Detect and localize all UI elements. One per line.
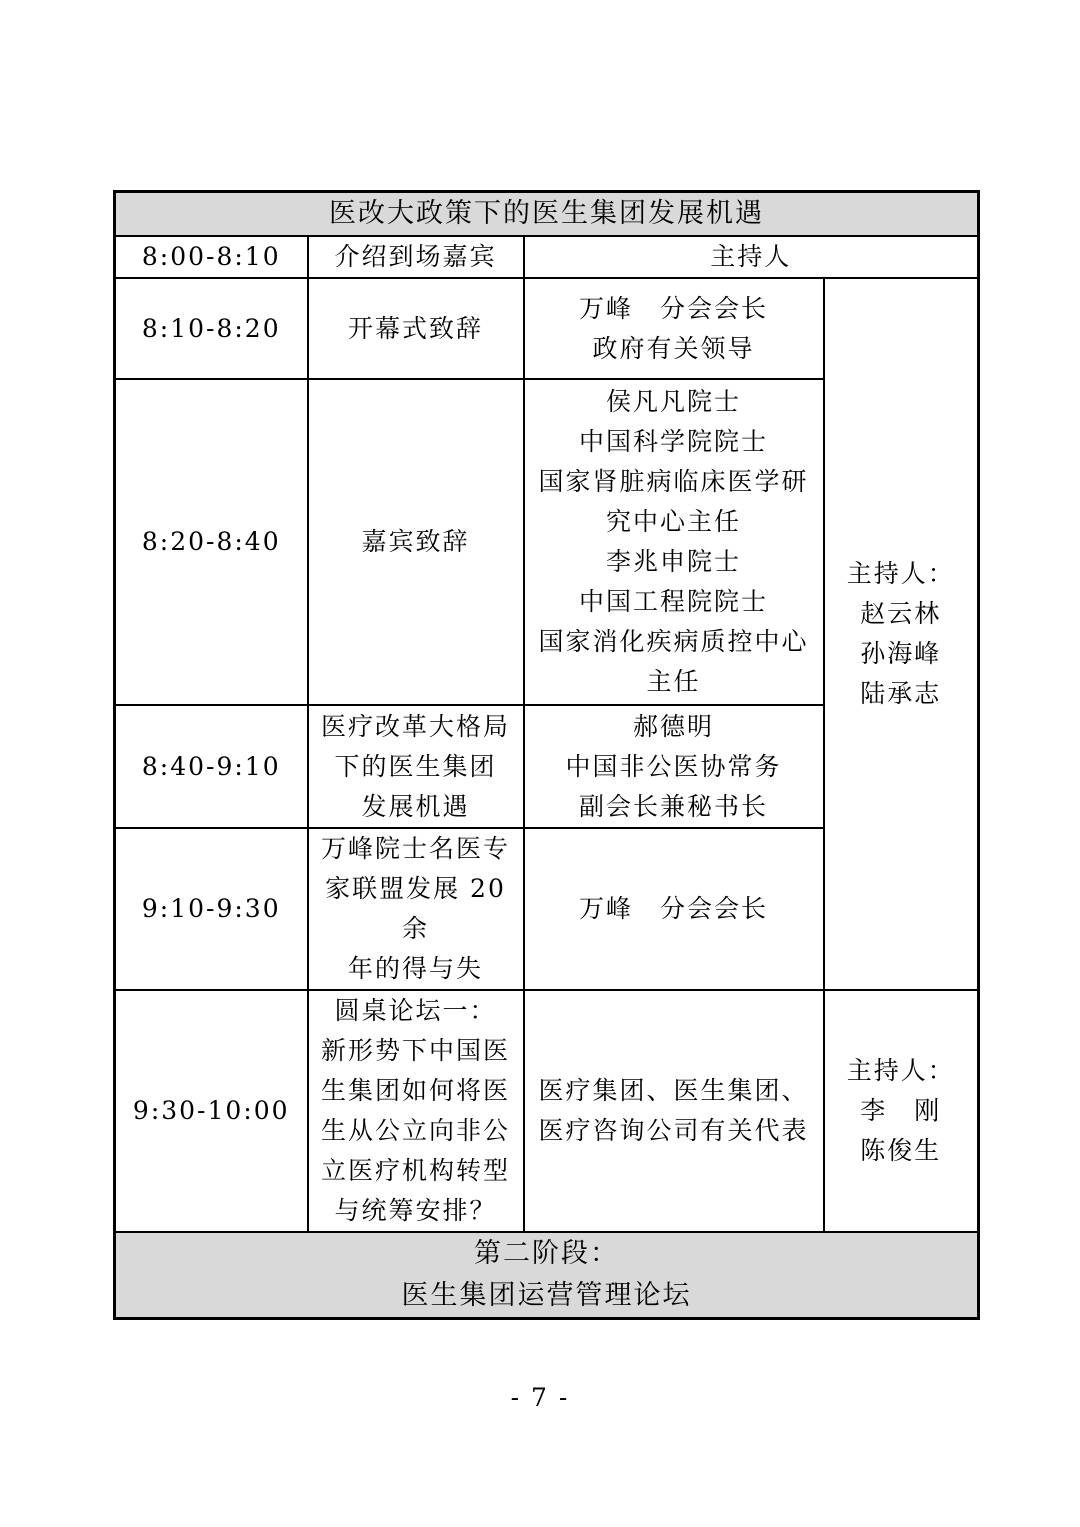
row-810-820: 8:10-8:20 开幕式致辞 万峰 分会会长 政府有关领导 主持人： 赵云林 … xyxy=(115,278,979,379)
schedule-table: 医改大政策下的医生集团发展机遇 8:00-8:10 介绍到场嘉宾 主持人 8:1… xyxy=(113,190,980,1320)
text-line: 陆承志 xyxy=(825,674,978,714)
speaker-cell: 万峰 分会会长 xyxy=(524,828,824,990)
speaker-cell: 侯凡凡院士 中国科学院院士 国家肾脏病临床医学研 究中心主任 李兆申院士 中国工… xyxy=(524,379,824,705)
text-line: 赵云林 xyxy=(825,594,978,634)
text-line: 副会长兼秘书长 xyxy=(525,787,823,827)
topic-cell: 介绍到场嘉宾 xyxy=(308,236,524,278)
text-line: 与统筹安排？ xyxy=(309,1191,523,1231)
text-line: 立医疗机构转型 xyxy=(309,1151,523,1191)
text-line: 新形势下中国医 xyxy=(309,1031,523,1071)
topic-cell: 嘉宾致辞 xyxy=(308,379,524,705)
topic-cell: 圆桌论坛一： 新形势下中国医 生集团如何将医 生从公立向非公 立医疗机构转型 与… xyxy=(308,990,524,1232)
text-line: 家联盟发展 20 余 xyxy=(309,869,523,949)
text-line: 李兆申院士 xyxy=(525,542,823,582)
speaker-cell: 主持人 xyxy=(524,236,979,278)
text-line: 医疗改革大格局 xyxy=(309,707,523,747)
host-cell-morning: 主持人： 赵云林 孙海峰 陆承志 xyxy=(824,278,979,990)
text-line: 主任 xyxy=(525,662,823,702)
text-line: 中国科学院院士 xyxy=(525,422,823,462)
text-line: 生从公立向非公 xyxy=(309,1111,523,1151)
text-line: 主持人： xyxy=(825,554,978,594)
text-line: 万峰院士名医专 xyxy=(309,829,523,869)
time-cell: 8:10-8:20 xyxy=(115,278,308,379)
text-line: 第二阶段： xyxy=(116,1233,977,1275)
text-line: 郝德明 xyxy=(525,707,823,747)
text-line: 国家消化疾病质控中心 xyxy=(525,622,823,662)
document-page: 医改大政策下的医生集团发展机遇 8:00-8:10 介绍到场嘉宾 主持人 8:1… xyxy=(0,0,1080,1527)
text-line: 发展机遇 xyxy=(309,787,523,827)
host-cell-roundtable: 主持人： 李 刚 陈俊生 xyxy=(824,990,979,1232)
text-line: 生集团如何将医 xyxy=(309,1071,523,1111)
time-cell: 9:30-10:00 xyxy=(115,990,308,1232)
text-line: 政府有关领导 xyxy=(525,329,823,369)
speaker-cell: 医疗集团、医生集团、 医疗咨询公司有关代表 xyxy=(524,990,824,1232)
text-line: 孙海峰 xyxy=(825,634,978,674)
stage-footer: 第二阶段： 医生集团运营管理论坛 xyxy=(115,1232,979,1319)
text-line: 万峰 分会会长 xyxy=(525,289,823,329)
row-800-810: 8:00-8:10 介绍到场嘉宾 主持人 xyxy=(115,236,979,278)
text-line: 陈俊生 xyxy=(825,1131,978,1171)
text-line: 医疗咨询公司有关代表 xyxy=(525,1111,823,1151)
text-line: 医疗集团、医生集团、 xyxy=(525,1071,823,1111)
topic-cell: 开幕式致辞 xyxy=(308,278,524,379)
topic-cell: 万峰院士名医专 家联盟发展 20 余 年的得与失 xyxy=(308,828,524,990)
text-line: 下的医生集团 xyxy=(309,747,523,787)
time-cell: 8:00-8:10 xyxy=(115,236,308,278)
row-930-1000: 9:30-10:00 圆桌论坛一： 新形势下中国医 生集团如何将医 生从公立向非… xyxy=(115,990,979,1232)
speaker-cell: 郝德明 中国非公医协常务 副会长兼秘书长 xyxy=(524,705,824,828)
session-title-row: 医改大政策下的医生集团发展机遇 xyxy=(115,192,979,237)
time-cell: 8:20-8:40 xyxy=(115,379,308,705)
text-line: 圆桌论坛一： xyxy=(309,991,523,1031)
text-line: 国家肾脏病临床医学研 xyxy=(525,462,823,502)
text-line: 年的得与失 xyxy=(309,949,523,989)
page-number: - 7 - xyxy=(0,1383,1080,1412)
topic-cell: 医疗改革大格局 下的医生集团 发展机遇 xyxy=(308,705,524,828)
text-line: 主持人： xyxy=(825,1051,978,1091)
text-line: 侯凡凡院士 xyxy=(525,382,823,422)
time-cell: 9:10-9:30 xyxy=(115,828,308,990)
speaker-cell: 万峰 分会会长 政府有关领导 xyxy=(524,278,824,379)
text-line: 医生集团运营管理论坛 xyxy=(116,1275,977,1317)
text-line: 李 刚 xyxy=(825,1091,978,1131)
text-line: 究中心主任 xyxy=(525,502,823,542)
session-title: 医改大政策下的医生集团发展机遇 xyxy=(115,192,979,237)
stage-footer-row: 第二阶段： 医生集团运营管理论坛 xyxy=(115,1232,979,1319)
text-line: 中国工程院院士 xyxy=(525,582,823,622)
text-line: 中国非公医协常务 xyxy=(525,747,823,787)
time-cell: 8:40-9:10 xyxy=(115,705,308,828)
